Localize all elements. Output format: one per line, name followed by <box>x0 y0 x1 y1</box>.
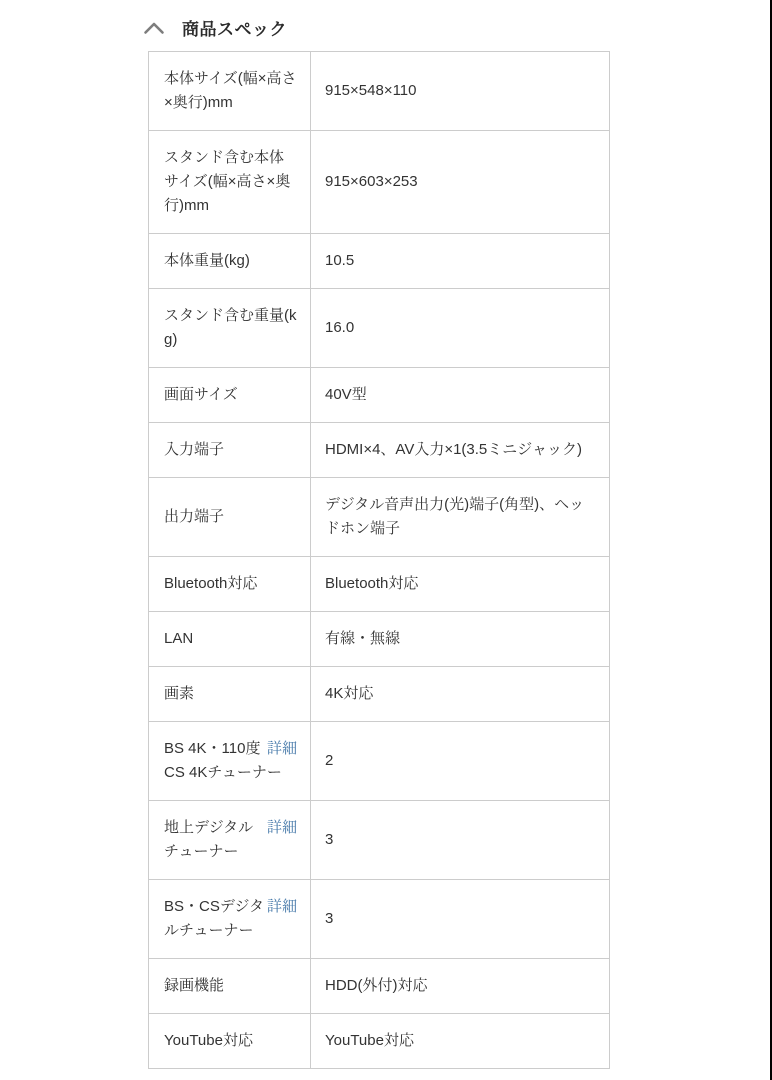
table-row: 画素 4K対応 <box>149 667 610 722</box>
spec-label: 画素 <box>164 685 194 702</box>
spec-value: 16.0 <box>325 319 354 336</box>
spec-label: Bluetooth対応 <box>164 575 257 592</box>
spec-label-cell: Bluetooth対応 <box>149 557 311 612</box>
chevron-up-icon[interactable] <box>143 21 165 35</box>
spec-value: 915×548×110 <box>325 82 417 99</box>
spec-label-cell: 録画機能 <box>149 959 311 1014</box>
table-row: 詳細地上デジタルチューナー 3 <box>149 801 610 880</box>
table-row: LAN 有線・無線 <box>149 612 610 667</box>
spec-label: LAN <box>164 630 193 647</box>
table-row: Bluetooth対応 Bluetooth対応 <box>149 557 610 612</box>
spec-value: YouTube対応 <box>325 1032 414 1049</box>
spec-table: 本体サイズ(幅×高さ×奥行)mm 915×548×110 スタンド含む本体サイズ… <box>148 51 610 1069</box>
section-title: 商品スペック <box>182 15 287 40</box>
table-row: YouTube対応 YouTube対応 <box>149 1014 610 1069</box>
table-row: 本体サイズ(幅×高さ×奥行)mm 915×548×110 <box>149 52 610 131</box>
table-row: スタンド含む重量(kg) 16.0 <box>149 289 610 368</box>
spec-value-cell: 2 <box>311 722 610 801</box>
spec-value-cell: 40V型 <box>311 368 610 423</box>
spec-value: HDD(外付)対応 <box>325 977 428 994</box>
detail-link[interactable]: 詳細 <box>267 737 297 761</box>
detail-link[interactable]: 詳細 <box>267 816 297 840</box>
spec-label: スタンド含む本体サイズ(幅×高さ×奥行)mm <box>164 149 290 214</box>
detail-link[interactable]: 詳細 <box>267 895 297 919</box>
spec-value: Bluetooth対応 <box>325 575 418 592</box>
spec-label-cell: 画面サイズ <box>149 368 311 423</box>
spec-value-cell: 16.0 <box>311 289 610 368</box>
spec-value-cell: 4K対応 <box>311 667 610 722</box>
spec-label: 本体重量(kg) <box>164 252 250 269</box>
spec-label-cell: LAN <box>149 612 311 667</box>
spec-label-cell: YouTube対応 <box>149 1014 311 1069</box>
spec-label: YouTube対応 <box>164 1032 253 1049</box>
spec-value: 3 <box>325 831 333 848</box>
spec-label-cell: スタンド含む本体サイズ(幅×高さ×奥行)mm <box>149 131 311 234</box>
spec-label: 地上デジタルチューナー <box>164 819 253 860</box>
table-row: スタンド含む本体サイズ(幅×高さ×奥行)mm 915×603×253 <box>149 131 610 234</box>
product-spec-page: 商品スペック 本体サイズ(幅×高さ×奥行)mm 915×548×110 スタンド… <box>0 0 772 1080</box>
spec-value: 10.5 <box>325 252 354 269</box>
table-row: 入力端子 HDMI×4、AV入力×1(3.5ミニジャック) <box>149 423 610 478</box>
spec-label: 画面サイズ <box>164 386 238 403</box>
spec-value-cell: 3 <box>311 880 610 959</box>
table-row: 本体重量(kg) 10.5 <box>149 234 610 289</box>
table-row: 録画機能 HDD(外付)対応 <box>149 959 610 1014</box>
spec-value-cell: 915×603×253 <box>311 131 610 234</box>
spec-value-cell: YouTube対応 <box>311 1014 610 1069</box>
spec-value: デジタル音声出力(光)端子(角型)、ヘッドホン端子 <box>325 496 584 537</box>
spec-label: 録画機能 <box>164 977 224 994</box>
spec-value: HDMI×4、AV入力×1(3.5ミニジャック) <box>325 441 582 458</box>
spec-value-cell: 3 <box>311 801 610 880</box>
spec-label: BS 4K・110度CS 4Kチューナー <box>164 740 282 781</box>
spec-value: 2 <box>325 752 333 769</box>
spec-label-cell: 詳細BS・CSデジタルチューナー <box>149 880 311 959</box>
table-row: 画面サイズ 40V型 <box>149 368 610 423</box>
spec-label-cell: 詳細地上デジタルチューナー <box>149 801 311 880</box>
spec-label: 本体サイズ(幅×高さ×奥行)mm <box>164 70 297 111</box>
spec-value-cell: HDD(外付)対応 <box>311 959 610 1014</box>
spec-value: 4K対応 <box>325 685 373 702</box>
table-row: 詳細BS 4K・110度CS 4Kチューナー 2 <box>149 722 610 801</box>
spec-value-cell: 915×548×110 <box>311 52 610 131</box>
table-row: 詳細BS・CSデジタルチューナー 3 <box>149 880 610 959</box>
spec-label: BS・CSデジタルチューナー <box>164 898 264 939</box>
spec-label-cell: 画素 <box>149 667 311 722</box>
spec-label-cell: 本体重量(kg) <box>149 234 311 289</box>
spec-value-cell: HDMI×4、AV入力×1(3.5ミニジャック) <box>311 423 610 478</box>
spec-value: 3 <box>325 910 333 927</box>
spec-label-cell: スタンド含む重量(kg) <box>149 289 311 368</box>
spec-label: スタンド含む重量(kg) <box>164 307 297 348</box>
table-row: 出力端子 デジタル音声出力(光)端子(角型)、ヘッドホン端子 <box>149 478 610 557</box>
spec-value: 915×603×253 <box>325 173 418 190</box>
spec-label: 出力端子 <box>164 508 224 525</box>
spec-section-header[interactable]: 商品スペック <box>0 0 772 51</box>
spec-value-cell: 有線・無線 <box>311 612 610 667</box>
spec-value: 有線・無線 <box>325 630 400 647</box>
spec-label: 入力端子 <box>164 441 224 458</box>
spec-label-cell: 入力端子 <box>149 423 311 478</box>
spec-value: 40V型 <box>325 386 367 403</box>
spec-value-cell: Bluetooth対応 <box>311 557 610 612</box>
spec-label-cell: 出力端子 <box>149 478 311 557</box>
spec-value-cell: 10.5 <box>311 234 610 289</box>
spec-label-cell: 本体サイズ(幅×高さ×奥行)mm <box>149 52 311 131</box>
spec-value-cell: デジタル音声出力(光)端子(角型)、ヘッドホン端子 <box>311 478 610 557</box>
spec-label-cell: 詳細BS 4K・110度CS 4Kチューナー <box>149 722 311 801</box>
